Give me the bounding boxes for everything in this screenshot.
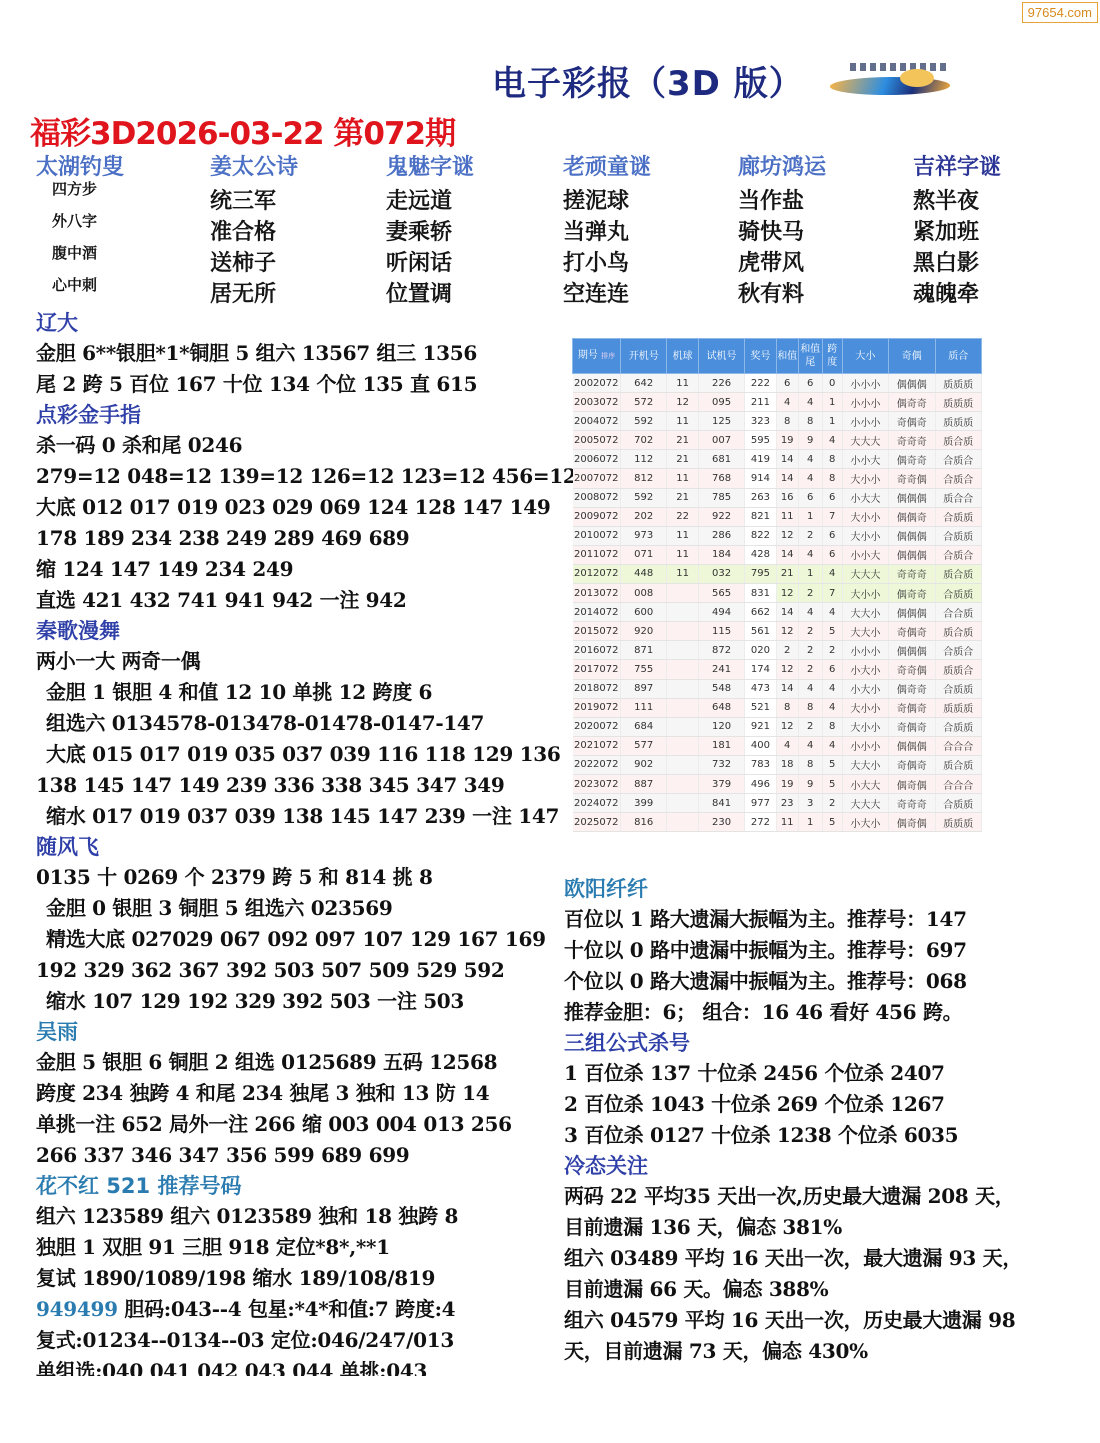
table-cell: 偶偶偶	[889, 641, 935, 660]
site-watermark: 97654.com	[1022, 2, 1098, 23]
table-cell: 702	[621, 431, 667, 450]
sort-icon[interactable]: 排序	[601, 350, 615, 363]
table-cell: 211	[745, 393, 776, 412]
table-cell: 偶偶偶	[889, 374, 935, 393]
table-cell: 5	[822, 755, 842, 774]
table-cell: 19	[776, 774, 798, 793]
table-cell: 286	[698, 526, 744, 545]
table-cell: 902	[621, 755, 667, 774]
table-cell: 9	[798, 774, 822, 793]
section-line: 组六 03489 平均 16 天出一次，最大遗漏 93 天，	[564, 1243, 1084, 1274]
table-cell: 14	[776, 469, 798, 488]
table-cell: 7	[822, 584, 842, 603]
section-line: 金胆 5 银胆 6 铜胆 2 组选 0125689 五码 12568	[36, 1047, 556, 1078]
section-line: 天，目前遗漏 73 天，偏态 430%	[564, 1336, 1084, 1367]
table-cell: 合合合	[935, 774, 982, 793]
table-cell: 小大大	[842, 488, 888, 507]
table-cell: 684	[621, 717, 667, 736]
table-cell: 2003072	[573, 393, 621, 412]
riddle-item: 骑快马	[738, 215, 826, 246]
riddle-item: 送柿子	[210, 246, 298, 277]
riddle-item: 熬半夜	[913, 184, 1001, 215]
table-cell: 偶奇奇	[889, 584, 935, 603]
table-cell: 2	[822, 794, 842, 813]
header-issue[interactable]: 期号 排序	[573, 339, 621, 374]
riddle-item: 走远道	[386, 184, 474, 215]
table-cell: 小大小	[842, 660, 888, 679]
riddle-item: 心中刺	[36, 274, 124, 306]
table-cell: 小小小	[842, 374, 888, 393]
header-sum: 和值	[776, 339, 798, 374]
table-cell: 473	[745, 679, 776, 698]
table-cell: 小小小	[842, 641, 888, 660]
section-title: 吴雨	[36, 1017, 556, 1047]
header-test: 试机号	[698, 339, 744, 374]
section-title: 随风飞	[36, 832, 556, 862]
table-cell: 4	[822, 564, 842, 583]
riddle-column: 廊坊鸿运 当作盐 骑快马 虎带风 秋有料	[738, 150, 826, 308]
table-cell: 小小大	[842, 545, 888, 564]
table-cell: 质质合	[935, 660, 982, 679]
table-cell: 323	[745, 412, 776, 431]
table-cell: 4	[798, 469, 822, 488]
table-cell: 6	[822, 545, 842, 564]
section-line: 缩水 017 019 037 039 138 145 147 239 一注 14…	[36, 801, 556, 832]
table-cell: 11	[776, 507, 798, 526]
table-cell: 偶奇奇	[889, 450, 935, 469]
riddle-item: 当弹丸	[563, 215, 651, 246]
table-cell: 质质质	[935, 813, 982, 832]
table-row: 20220729027327831885大大小奇偶奇质合质	[573, 755, 982, 774]
riddle-title: 廊坊鸿运	[738, 150, 826, 184]
table-cell: 887	[621, 774, 667, 793]
table-cell: 2004072	[573, 412, 621, 431]
section-line-cut: 单组选:040 041 042 043 044 单挑:043	[36, 1356, 556, 1376]
section-title: 秦歌漫舞	[36, 616, 556, 646]
table-cell: 2011072	[573, 545, 621, 564]
table-cell: 897	[621, 679, 667, 698]
table-row: 20250728162302721115小大小偶奇偶质质质	[573, 813, 982, 832]
table-cell: 质合合	[935, 488, 982, 507]
table-cell	[667, 603, 698, 622]
table-cell: 4	[798, 450, 822, 469]
section-line: 两小一大 两奇一偶	[36, 646, 556, 677]
table-cell: 561	[745, 622, 776, 641]
table-cell: 2005072	[573, 431, 621, 450]
table-cell	[667, 717, 698, 736]
section-line: 两码 22 平均35 天出一次,历史最大遗漏 208 天，	[564, 1181, 1084, 1212]
table-cell: 小大大	[842, 774, 888, 793]
table-cell: 16	[776, 488, 798, 507]
table-cell: 合质质	[935, 717, 982, 736]
table-cell: 115	[698, 622, 744, 641]
table-row: 2008072592217852631666小大大偶偶偶质合合	[573, 488, 982, 507]
table-cell: 662	[745, 603, 776, 622]
table-cell: 2019072	[573, 698, 621, 717]
table-cell: 755	[621, 660, 667, 679]
table-cell: 大小小	[842, 584, 888, 603]
section-title: 花不红 521 推荐号码	[36, 1171, 556, 1201]
table-cell: 8	[822, 717, 842, 736]
table-cell: 质质质	[935, 412, 982, 431]
table-cell: 184	[698, 545, 744, 564]
table-cell: 奇奇偶	[889, 469, 935, 488]
table-row: 2006072112216814191448小小大偶奇奇合质合	[573, 450, 982, 469]
table-cell: 795	[745, 564, 776, 583]
issue-title: 福彩3D2026-03-22 第072期	[30, 108, 455, 153]
section-line: 精选大底 027029 067 092 097 107 129 167 169	[36, 924, 556, 955]
table-cell: 007	[698, 431, 744, 450]
highlight-number: 949499	[36, 1297, 118, 1321]
table-cell: 2	[798, 660, 822, 679]
riddle-item: 准合格	[210, 215, 298, 246]
table-cell: 5	[822, 813, 842, 832]
table-cell: 偶偶偶	[889, 545, 935, 564]
table-cell: 6	[798, 488, 822, 507]
table-row: 20130720085658311227大小小偶奇奇合质质	[573, 584, 982, 603]
riddle-item: 统三军	[210, 184, 298, 215]
table-cell: 1	[798, 564, 822, 583]
table-cell: 合质合	[935, 545, 982, 564]
table-row: 2019072111648521884大小小奇偶奇质质质	[573, 698, 982, 717]
section-line: 目前遗漏 136 天，偏态 381%	[564, 1212, 1084, 1243]
table-cell: 2009072	[573, 507, 621, 526]
table-cell: 642	[621, 374, 667, 393]
section-line: 组六 04579 平均 16 天出一次，历史最大遗漏 98	[564, 1305, 1084, 1336]
table-cell: 111	[621, 698, 667, 717]
table-row: 2012072448110327952114大大大奇奇奇质合质	[573, 564, 982, 583]
table-cell: 3	[798, 794, 822, 813]
table-cell: 2002072	[573, 374, 621, 393]
table-cell: 14	[776, 603, 798, 622]
table-cell: 2006072	[573, 450, 621, 469]
table-cell: 2	[798, 717, 822, 736]
table-cell: 973	[621, 526, 667, 545]
table-cell: 12	[776, 584, 798, 603]
table-cell: 11	[667, 545, 698, 564]
header-size: 大小	[842, 339, 888, 374]
table-cell: 21	[776, 564, 798, 583]
table-cell: 合质质	[935, 526, 982, 545]
table-cell: 914	[745, 469, 776, 488]
table-cell: 2	[798, 526, 822, 545]
table-cell	[667, 641, 698, 660]
table-cell: 9	[798, 431, 822, 450]
table-cell: 4	[798, 679, 822, 698]
table-cell: 2010072	[573, 526, 621, 545]
table-cell: 2025072	[573, 813, 621, 832]
table-cell: 2013072	[573, 584, 621, 603]
table-cell: 1	[822, 412, 842, 431]
table-cell: 1	[822, 393, 842, 412]
table-cell: 4	[776, 736, 798, 755]
table-cell: 494	[698, 603, 744, 622]
table-cell: 783	[745, 755, 776, 774]
section-line: 推荐金胆：6； 组合：16 46 看好 456 跨。	[564, 997, 1084, 1028]
table-cell: 23	[776, 794, 798, 813]
section-line: 3 百位杀 0127 十位杀 1238 个位杀 6035	[564, 1120, 1084, 1151]
table-row: 20150729201155611225大大小奇偶奇质合质	[573, 622, 982, 641]
table-cell: 21	[667, 488, 698, 507]
table-cell: 奇偶奇	[889, 717, 935, 736]
table-cell: 2007072	[573, 469, 621, 488]
table-cell	[667, 660, 698, 679]
table-cell: 奇奇偶	[889, 660, 935, 679]
table-cell: 2020072	[573, 717, 621, 736]
table-cell: 2024072	[573, 794, 621, 813]
table-cell: 11	[667, 412, 698, 431]
table-cell: 小小大	[842, 450, 888, 469]
section-line: 大底 015 017 019 035 037 039 116 118 129 1…	[36, 739, 556, 770]
brand-title: 电子彩报（3D 版）	[492, 56, 804, 105]
table-cell: 11	[776, 813, 798, 832]
table-cell: 548	[698, 679, 744, 698]
section-line: 大底 012 017 019 023 029 069 124 128 147 1…	[36, 492, 556, 523]
riddle-item: 居无所	[210, 277, 298, 308]
table-cell: 1	[798, 813, 822, 832]
table-cell: 偶奇奇	[889, 679, 935, 698]
table-cell: 4	[798, 545, 822, 564]
table-cell: 174	[745, 660, 776, 679]
header-label: 期号	[578, 350, 598, 361]
table-cell: 14	[776, 545, 798, 564]
table-cell: 6	[822, 660, 842, 679]
table-row: 20200726841209211228大小小奇偶奇合质质	[573, 717, 982, 736]
table-cell: 质合质	[935, 622, 982, 641]
table-cell: 592	[621, 412, 667, 431]
riddle-item: 秋有料	[738, 277, 826, 308]
riddle-title: 姜太公诗	[210, 150, 298, 184]
riddle-column: 吉祥字谜 熬半夜 紧加班 黑白影 魂魄牵	[913, 150, 1001, 308]
riddle-item: 妻乘轿	[386, 215, 474, 246]
table-cell	[667, 622, 698, 641]
table-cell: 6	[776, 374, 798, 393]
table-cell: 5	[822, 774, 842, 793]
table-cell: 032	[698, 564, 744, 583]
riddle-item: 紧加班	[913, 215, 1001, 246]
table-cell: 1	[798, 507, 822, 526]
table-cell: 2012072	[573, 564, 621, 583]
table-cell: 496	[745, 774, 776, 793]
table-cell: 2	[798, 622, 822, 641]
table-cell: 奇偶奇	[889, 698, 935, 717]
table-cell: 785	[698, 488, 744, 507]
table-row: 200207264211226222660小小小偶偶偶质质质	[573, 374, 982, 393]
riddle-item: 四方步	[36, 178, 124, 210]
riddle-item: 位置调	[386, 277, 474, 308]
table-cell: 19	[776, 431, 798, 450]
header-prime: 质合	[935, 339, 982, 374]
riddle-item: 打小鸟	[563, 246, 651, 277]
table-cell: 768	[698, 469, 744, 488]
section-line: 266 337 346 347 356 599 689 699	[36, 1140, 556, 1171]
table-cell: 831	[745, 584, 776, 603]
table-cell: 595	[745, 431, 776, 450]
table-cell: 871	[621, 641, 667, 660]
riddle-column: 太湖钓叟 四方步 外八字 腹中酒 心中刺	[36, 150, 124, 306]
section-line: 192 329 362 367 392 503 507 509 529 592	[36, 955, 556, 986]
table-cell: 400	[745, 736, 776, 755]
table-cell	[667, 755, 698, 774]
table-cell: 8	[798, 412, 822, 431]
table-row: 2005072702210075951994大大大奇奇奇质合质	[573, 431, 982, 450]
section-title: 三组公式杀号	[564, 1028, 1084, 1058]
table-row: 20140726004946621444大大小偶偶偶合合质	[573, 603, 982, 622]
section-line: 十位以 0 路中遗漏中振幅为主。推荐号：697	[564, 935, 1084, 966]
table-cell: 565	[698, 584, 744, 603]
table-cell: 2017072	[573, 660, 621, 679]
table-cell: 379	[698, 774, 744, 793]
table-cell: 奇奇奇	[889, 564, 935, 583]
section-line: 缩 124 147 149 234 249	[36, 554, 556, 585]
table-cell: 偶奇奇	[889, 393, 935, 412]
table-cell: 11	[667, 374, 698, 393]
riddle-item: 虎带风	[738, 246, 826, 277]
table-cell: 841	[698, 794, 744, 813]
section-line: 复式:01234--0134--03 定位:046/247/013	[36, 1325, 556, 1356]
table-row: 20180728975484731444小大小偶奇奇合质质	[573, 679, 982, 698]
section-line: 2 百位杀 1043 十位杀 269 个位杀 1267	[564, 1089, 1084, 1120]
section-line: 单挑一注 652 局外一注 266 缩 003 004 013 256	[36, 1109, 556, 1140]
table-cell: 648	[698, 698, 744, 717]
table-cell: 2008072	[573, 488, 621, 507]
section-line: 138 145 147 149 239 336 338 345 347 349	[36, 770, 556, 801]
table-cell: 095	[698, 393, 744, 412]
section-title: 点彩金手指	[36, 400, 556, 430]
riddle-item: 搓泥球	[563, 184, 651, 215]
table-cell: 8	[776, 698, 798, 717]
table-cell: 合质质	[935, 794, 982, 813]
section-line: 组六 123589 组六 0123589 独和 18 独跨 8	[36, 1201, 556, 1232]
table-cell: 5	[822, 622, 842, 641]
table-row: 2021072577181400444小小小偶偶偶合合合	[573, 736, 982, 755]
table-cell: 21	[667, 431, 698, 450]
table-cell: 12	[776, 717, 798, 736]
table-cell: 大小小	[842, 717, 888, 736]
table-cell: 偶偶偶	[889, 603, 935, 622]
table-cell: 偶偶偶	[889, 526, 935, 545]
table-cell: 272	[745, 813, 776, 832]
table-cell: 大大大	[842, 431, 888, 450]
table-cell: 020	[745, 641, 776, 660]
table-cell: 125	[698, 412, 744, 431]
table-cell	[667, 736, 698, 755]
history-table: 期号 排序 开机号 机球 试机号 奖号 和值 和值尾 跨度 大小 奇偶 质合 2…	[572, 338, 982, 832]
table-cell: 合质合	[935, 469, 982, 488]
table-cell: 小小小	[842, 412, 888, 431]
table-cell: 2014072	[573, 603, 621, 622]
table-cell: 2	[798, 584, 822, 603]
table-cell: 4	[798, 603, 822, 622]
table-cell: 奇奇奇	[889, 431, 935, 450]
section-line: 复试 1890/1089/198 缩水 189/108/819	[36, 1263, 556, 1294]
section-line: 0135 十 0269 个 2379 跨 5 和 814 挑 8	[36, 862, 556, 893]
table-cell: 2022072	[573, 755, 621, 774]
header-prize: 奖号	[745, 339, 776, 374]
table-cell: 奇偶奇	[889, 755, 935, 774]
header-open: 开机号	[621, 339, 667, 374]
table-cell: 920	[621, 622, 667, 641]
table-cell: 120	[698, 717, 744, 736]
table-cell: 11	[667, 526, 698, 545]
table-cell: 7	[822, 507, 842, 526]
table-cell	[667, 679, 698, 698]
table-cell: 008	[621, 584, 667, 603]
table-row: 200407259211125323881小小小奇偶奇质质质	[573, 412, 982, 431]
table-cell: 572	[621, 393, 667, 412]
table-cell: 4	[776, 393, 798, 412]
line-text: 胆码:043--4 包星:*4*和值:7 跨度:4	[124, 1297, 455, 1321]
table-cell: 0	[822, 374, 842, 393]
table-cell: 合合合	[935, 736, 982, 755]
table-cell: 2018072	[573, 679, 621, 698]
table-row: 2016072871872020222小小小偶偶偶合质合	[573, 641, 982, 660]
table-cell: 大小小	[842, 507, 888, 526]
table-cell: 奇偶奇	[889, 412, 935, 431]
section-line: 1 百位杀 137 十位杀 2456 个位杀 2407	[564, 1058, 1084, 1089]
table-cell: 4	[822, 736, 842, 755]
table-cell: 合质质	[935, 584, 982, 603]
table-row: 20170727552411741226小大小奇奇偶质质合	[573, 660, 982, 679]
table-cell: 8	[822, 469, 842, 488]
riddle-item: 黑白影	[913, 246, 1001, 277]
right-column: 欧阳纤纤 百位以 1 路大遗漏大振幅为主。推荐号：147 十位以 0 路中遗漏中…	[564, 874, 1084, 1367]
table-cell: 2016072	[573, 641, 621, 660]
section-line: 178 189 234 238 249 289 469 689	[36, 523, 556, 554]
riddle-title: 吉祥字谜	[913, 150, 1001, 184]
table-cell: 偶偶偶	[889, 488, 935, 507]
table-cell: 8	[798, 755, 822, 774]
table-cell: 18	[776, 755, 798, 774]
table-row: 2010072973112868221226大小小偶偶偶合质质	[573, 526, 982, 545]
brand-header: 电子彩报（3D 版）	[492, 56, 960, 105]
table-cell: 11	[667, 564, 698, 583]
table-cell: 合合质	[935, 603, 982, 622]
table-cell: 428	[745, 545, 776, 564]
table-cell: 921	[745, 717, 776, 736]
section-line: 百位以 1 路大遗漏大振幅为主。推荐号：147	[564, 904, 1084, 935]
table-cell: 592	[621, 488, 667, 507]
table-cell: 12	[776, 622, 798, 641]
table-cell: 大小小	[842, 698, 888, 717]
table-cell: 22	[667, 507, 698, 526]
table-cell: 977	[745, 794, 776, 813]
riddle-column: 老顽童谜 搓泥球 当弹丸 打小鸟 空连连	[563, 150, 651, 308]
table-cell: 448	[621, 564, 667, 583]
table-cell: 577	[621, 736, 667, 755]
table-cell: 181	[698, 736, 744, 755]
header-sum-tail: 和值尾	[798, 339, 822, 374]
riddle-column: 鬼魅字谜 走远道 妻乘轿 听闲话 位置调	[386, 150, 474, 308]
table-cell: 大大大	[842, 564, 888, 583]
section-line: 金胆 0 银胆 3 铜胆 5 组选六 023569	[36, 893, 556, 924]
table-cell: 821	[745, 507, 776, 526]
table-cell: 偶奇偶	[889, 813, 935, 832]
table-row: 20230728873794961995小大大偶奇偶合合合	[573, 774, 982, 793]
riddle-item: 听闲话	[386, 246, 474, 277]
table-row: 200307257212095211441小小小偶奇奇质质质	[573, 393, 982, 412]
table-cell: 8	[822, 450, 842, 469]
section-title: 欧阳纤纤	[564, 874, 1084, 904]
table-cell: 399	[621, 794, 667, 813]
header-span: 跨度	[822, 339, 842, 374]
section-title: 冷态关注	[564, 1151, 1084, 1181]
table-cell: 14	[776, 679, 798, 698]
table-cell: 071	[621, 545, 667, 564]
table-cell: 4	[798, 393, 822, 412]
section-line: 目前遗漏 66 天。偏态 388%	[564, 1274, 1084, 1305]
table-cell: 812	[621, 469, 667, 488]
